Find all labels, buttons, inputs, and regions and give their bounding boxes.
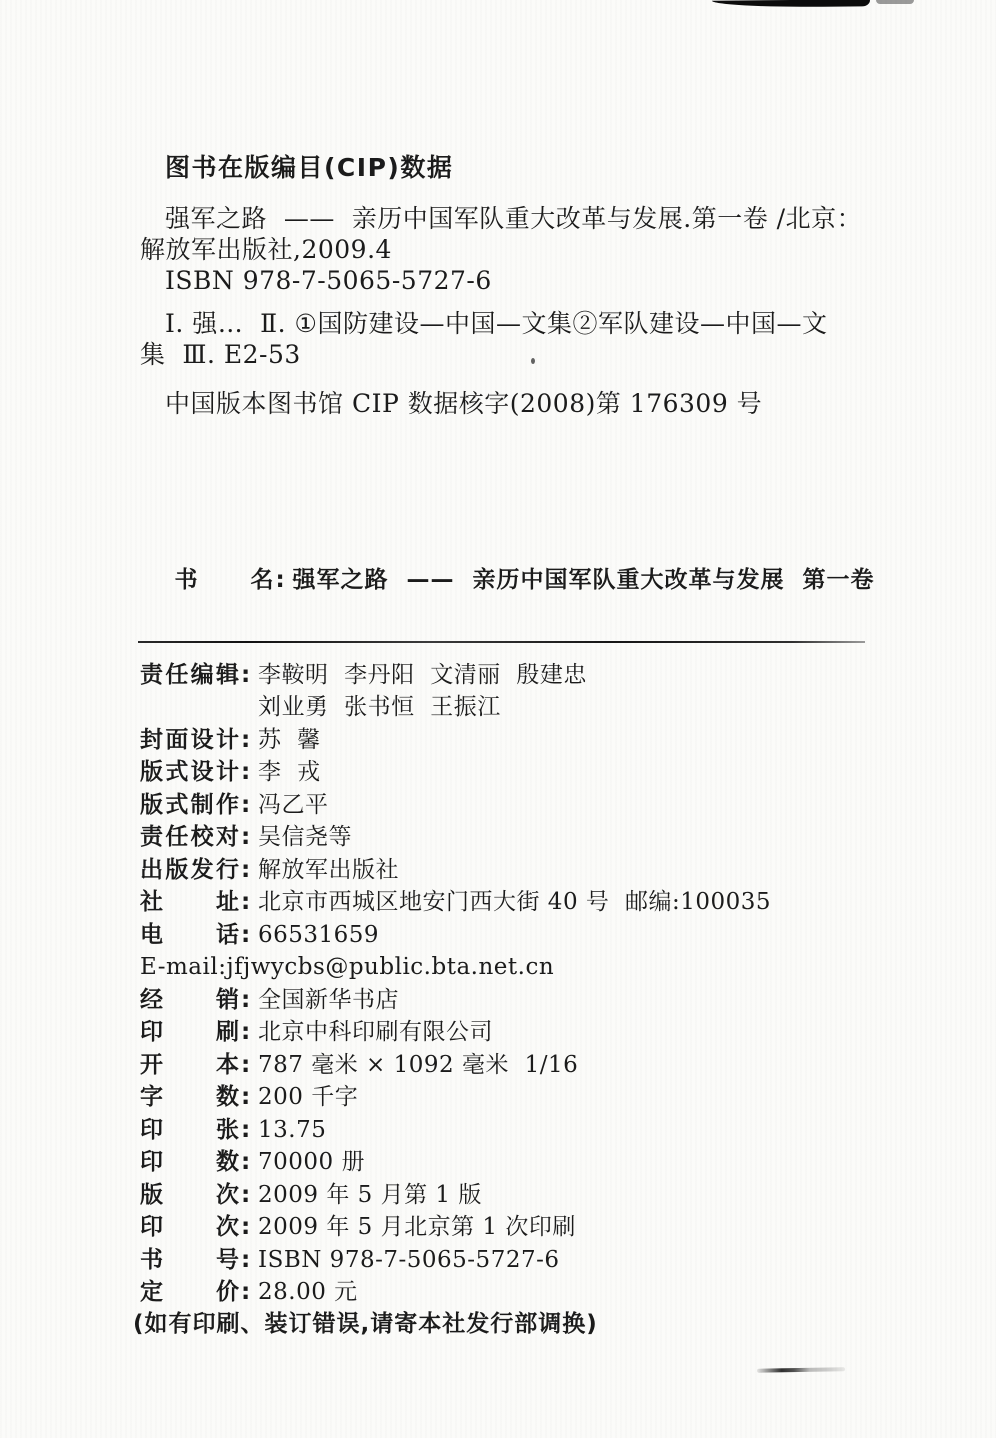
colophon-row: 印数:70000 册 [140,1146,930,1179]
colophon-row: 责任编辑:李鞍明 李丹阳 文清丽 殷建忠 [140,659,930,692]
colophon-value: 李 戎 [258,759,321,785]
colon: : [239,1050,258,1082]
colophon-value: 787 毫米 × 1092 毫米 1/16 [258,1052,578,1078]
book-title-label: 书名 [175,565,274,597]
colophon-note: (如有印刷、装订错误,请寄本社发行部调换) [133,1309,930,1341]
colon: : [239,660,258,692]
colophon-row: 字数:200 千字 [140,1081,930,1114]
colophon-row: 印张:13.75 [140,1114,930,1147]
colon: : [239,1017,258,1049]
colon: : [239,822,258,854]
colon: : [239,757,258,789]
cip-publisher-line: 解放军出版社,2009.4 [140,235,392,264]
cip-classification: Ⅰ. 强… Ⅱ. ①国防建设—中国—文集②军队建设—中国—文集 Ⅲ. E2-53 [140,308,930,370]
colophon-value: 北京市西城区地安门西大街 40 号 邮编:100035 [258,889,771,915]
colophon-label: 印次 [140,1212,239,1244]
colophon-row: 版式设计:李 戎 [140,756,930,789]
cip-title-paragraph: 强军之路 —— 亲历中国军队重大改革与发展.第一卷 /北京：解放军出版社,200… [140,203,930,265]
colophon-row: 经销:全国新华书店 [140,984,930,1017]
colon: : [239,855,258,887]
colophon-section: 书名:强军之路 —— 亲历中国军队重大改革与发展 第一卷 责任编辑:李鞍明 李丹… [140,532,930,1340]
divider-rule [138,641,865,643]
colophon-value: 李鞍明 李丹阳 文清丽 殷建忠 [258,662,587,688]
colophon-row: 电话:66531659 [140,919,930,952]
colophon-label: 出版发行 [140,855,239,887]
colophon-value: ISBN 978-7-5065-5727-6 [258,1247,560,1273]
cip-title-line: 强军之路 —— 亲历中国军队重大改革与发展.第一卷 /北京： [165,204,862,233]
scan-artifact-top-small [876,0,914,4]
copyright-page: 图书在版编目(CIP)数据 强军之路 —— 亲历中国军队重大改革与发展.第一卷 … [0,0,996,1438]
colophon-row: 印次:2009 年 5 月北京第 1 次印刷 [140,1211,930,1244]
colon: : [239,1245,258,1277]
colon: : [239,790,258,822]
colon: : [239,725,258,757]
colophon-fullline: E-mail:jfjwycbs@public.bta.net.cn [140,954,554,980]
colophon-value: 苏 馨 [258,727,321,753]
cip-isbn-line: ISBN 978-7-5065-5727-6 [140,265,930,296]
colophon-row: 责任校对:吴信尧等 [140,821,930,854]
colophon-value: 2009 年 5 月北京第 1 次印刷 [258,1214,576,1240]
colon: : [239,887,258,919]
colophon-label: 封面设计 [140,725,239,757]
scan-artifact-bottom [757,1367,845,1373]
book-title-value: 强军之路 —— 亲历中国军队重大改革与发展 第一卷 [293,567,875,593]
cip-classification-line2: 集 Ⅲ. E2-53 [140,340,301,369]
colophon-value: 66531659 [258,922,379,948]
colon: : [239,1212,258,1244]
colophon-row: 封面设计:苏 馨 [140,724,930,757]
colophon-row: 出版发行:解放军出版社 [140,854,930,887]
colophon-row: 定价:28.00 元 [140,1276,930,1309]
colon: : [239,1082,258,1114]
colon: : [239,920,258,952]
colon: : [239,985,258,1017]
colophon-row: 开本:787 毫米 × 1092 毫米 1/16 [140,1049,930,1082]
cip-header: 图书在版编目(CIP)数据 [165,152,930,183]
colophon-value: 全国新华书店 [258,987,399,1013]
colophon-row: 社址:北京市西城区地安门西大街 40 号 邮编:100035 [140,886,930,919]
colophon-label: 版式制作 [140,790,239,822]
colophon-row: 书号:ISBN 978-7-5065-5727-6 [140,1244,930,1277]
colophon-label: 经销 [140,985,239,1017]
cip-registry-line: 中国版本图书馆 CIP 数据核字(2008)第 176309 号 [140,388,930,419]
colophon-label: 字数 [140,1082,239,1114]
colophon-value: 刘业勇 张书恒 王振江 [258,694,501,720]
colophon-value: 200 千字 [258,1084,358,1110]
colophon-label: 印数 [140,1147,239,1179]
colophon-row: 印刷:北京中科印刷有限公司 [140,1016,930,1049]
colophon-value: 冯乙平 [258,792,329,818]
colophon-label: 社址 [140,887,239,919]
colon: : [239,1277,258,1309]
colophon-label: 版式设计 [140,757,239,789]
colophon-row: 刘业勇 张书恒 王振江 [140,691,930,724]
colophon-label: 责任编辑 [140,660,239,692]
scan-artifact-top [712,0,870,8]
cip-block: 图书在版编目(CIP)数据 强军之路 —— 亲历中国军队重大改革与发展.第一卷 … [140,152,930,419]
colophon-value: 28.00 元 [258,1279,358,1305]
colophon-label: 定价 [140,1277,239,1309]
colon: : [274,565,293,597]
colophon-value: 2009 年 5 月第 1 版 [258,1182,482,1208]
colophon-label: 电话 [140,920,239,952]
colophon-rows: 责任编辑:李鞍明 李丹阳 文清丽 殷建忠刘业勇 张书恒 王振江封面设计:苏 馨版… [140,659,930,1309]
colophon-label: 责任校对 [140,822,239,854]
colophon-value: 13.75 [258,1117,326,1143]
colon: : [239,1180,258,1212]
colophon-value: 解放军出版社 [258,857,399,883]
book-title-row: 书名:强军之路 —— 亲历中国军队重大改革与发展 第一卷 [140,532,930,628]
colon: : [239,1115,258,1147]
colophon-label: 印刷 [140,1017,239,1049]
colon: : [239,1147,258,1179]
colophon-row: E-mail:jfjwycbs@public.bta.net.cn [140,951,930,984]
cip-classification-line1: Ⅰ. 强… Ⅱ. ①国防建设—中国—文集②军队建设—中国—文 [165,309,827,338]
colophon-row: 版式制作:冯乙平 [140,789,930,822]
colophon-label: 开本 [140,1050,239,1082]
colophon-value: 北京中科印刷有限公司 [258,1019,493,1045]
colophon-row: 版次:2009 年 5 月第 1 版 [140,1179,930,1212]
colophon-value: 吴信尧等 [258,824,352,850]
colophon-label: 印张 [140,1115,239,1147]
colophon-label: 书号 [140,1245,239,1277]
colophon-label: 版次 [140,1180,239,1212]
colophon-value: 70000 册 [258,1149,365,1175]
